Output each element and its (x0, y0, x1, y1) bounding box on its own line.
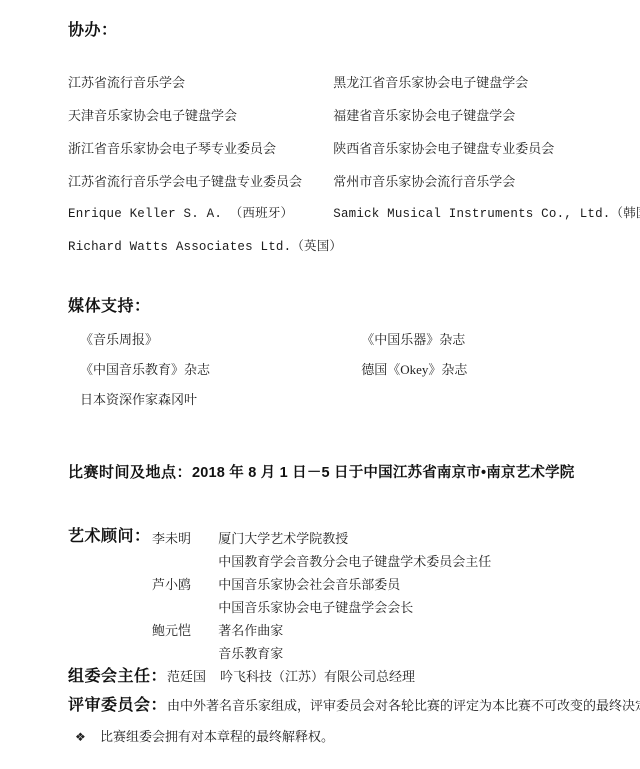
coorganizer-right: 陕西省音乐家协会电子键盘专业委员会 (333, 132, 554, 165)
coorganizer-left: Enrique Keller S. A. （西班牙） (68, 198, 330, 231)
coorganizer-row: 浙江省音乐家协会电子琴专业委员会 陕西省音乐家协会电子键盘专业委员会 (68, 132, 628, 165)
footnote-line: ❖比赛组委会拥有对本章程的最终解释权。 (75, 728, 334, 746)
media-support-heading: 媒体支持： (68, 296, 151, 318)
media-row: 《音乐周报》 《中国乐器》杂志 (80, 325, 640, 355)
advisor-name: 芦小鸥 (152, 573, 215, 596)
media-right: 《中国乐器》杂志 (361, 325, 465, 355)
footnote-text: 比赛组委会拥有对本章程的最终解释权。 (100, 729, 334, 744)
event-time-place-line: 比赛时间及地点：2018 年 8 月 1 日－5 日于中国江苏省南京市•南京艺术… (68, 463, 575, 483)
art-advisors-list: 李未明 厦门大学艺术学院教授 中国教育学会音教分会电子键盘学术委员会主任 芦小鸥… (152, 527, 622, 665)
diamond-bullet-icon: ❖ (75, 728, 100, 746)
media-left: 《中国音乐教育》杂志 (80, 355, 358, 385)
advisor-row: 李未明 厦门大学艺术学院教授 (152, 527, 622, 550)
media-left: 《音乐周报》 (80, 325, 358, 355)
event-heading: 比赛时间及地点： (68, 464, 192, 481)
jury-heading: 评审委员会： (68, 697, 167, 714)
coorganizer-left: Richard Watts Associates Ltd.（英国） (68, 231, 330, 264)
advisor-role: 音乐教育家 (218, 642, 283, 665)
committee-chair-heading: 组委会主任： (68, 668, 167, 685)
coorganizer-right: 黑龙江省音乐家协会电子键盘学会 (333, 66, 528, 99)
coorganizer-row: Richard Watts Associates Ltd.（英国） (68, 231, 628, 264)
media-row: 《中国音乐教育》杂志 德国《Okey》杂志 (80, 355, 640, 385)
coorganizer-row: 天津音乐家协会电子键盘学会 福建省音乐家协会电子键盘学会 (68, 99, 628, 132)
jury-line: 评审委员会：由中外著名音乐家组成，评审委员会对各轮比赛的评定为本比赛不可改变的最… (68, 695, 640, 717)
coorganizer-right: Samick Musical Instruments Co., Ltd.（韩国） (333, 198, 640, 231)
coorganizer-left: 江苏省流行音乐学会电子键盘专业委员会 (68, 165, 330, 198)
coorganizer-row: 江苏省流行音乐学会电子键盘专业委员会 常州市音乐家协会流行音乐学会 (68, 165, 628, 198)
committee-chair-line: 组委会主任：范廷国吟飞科技（江苏）有限公司总经理 (68, 666, 415, 688)
coorganizers-heading: 协办： (68, 20, 118, 42)
coorganizer-left: 天津音乐家协会电子键盘学会 (68, 99, 330, 132)
advisor-row: 中国教育学会音教分会电子键盘学术委员会主任 (152, 550, 622, 573)
committee-chair-role: 吟飞科技（江苏）有限公司总经理 (220, 669, 415, 684)
advisor-role: 著名作曲家 (218, 619, 283, 642)
coorganizer-row: 江苏省流行音乐学会 黑龙江省音乐家协会电子键盘学会 (68, 66, 628, 99)
coorganizer-right: 常州市音乐家协会流行音乐学会 (333, 165, 515, 198)
coorganizer-row: Enrique Keller S. A. （西班牙） Samick Musica… (68, 198, 628, 231)
document-page: 协办： 江苏省流行音乐学会 黑龙江省音乐家协会电子键盘学会 天津音乐家协会电子键… (0, 0, 640, 769)
advisor-row: 芦小鸥 中国音乐家协会社会音乐部委员 (152, 573, 622, 596)
media-left: 日本资深作家森冈叶 (80, 385, 358, 415)
advisor-role: 中国音乐家协会社会音乐部委员 (218, 573, 400, 596)
coorganizer-left: 浙江省音乐家协会电子琴专业委员会 (68, 132, 330, 165)
media-support-list: 《音乐周报》 《中国乐器》杂志 《中国音乐教育》杂志 德国《Okey》杂志 日本… (80, 325, 640, 415)
advisor-role: 中国音乐家协会电子键盘学会会长 (218, 596, 413, 619)
coorganizers-list: 江苏省流行音乐学会 黑龙江省音乐家协会电子键盘学会 天津音乐家协会电子键盘学会 … (68, 66, 628, 264)
jury-text: 由中外著名音乐家组成，评审委员会对各轮比赛的评定为本比赛不可改变的最终决定。 (167, 698, 640, 713)
committee-chair-name: 范廷国 (167, 669, 206, 684)
art-advisors-heading: 艺术顾问： (68, 526, 151, 548)
event-text: 2018 年 8 月 1 日－5 日于中国江苏省南京市•南京艺术学院 (192, 465, 575, 481)
coorganizer-left: 江苏省流行音乐学会 (68, 66, 330, 99)
coorganizer-right: 福建省音乐家协会电子键盘学会 (333, 99, 515, 132)
media-row: 日本资深作家森冈叶 (80, 385, 640, 415)
advisor-role: 厦门大学艺术学院教授 (218, 527, 348, 550)
advisor-name: 李未明 (152, 527, 215, 550)
advisor-row: 鲍元恺 著名作曲家 (152, 619, 622, 642)
advisor-row: 音乐教育家 (152, 642, 622, 665)
advisor-name: 鲍元恺 (152, 619, 215, 642)
advisor-row: 中国音乐家协会电子键盘学会会长 (152, 596, 622, 619)
media-right: 德国《Okey》杂志 (361, 355, 467, 385)
advisor-role: 中国教育学会音教分会电子键盘学术委员会主任 (218, 550, 491, 573)
